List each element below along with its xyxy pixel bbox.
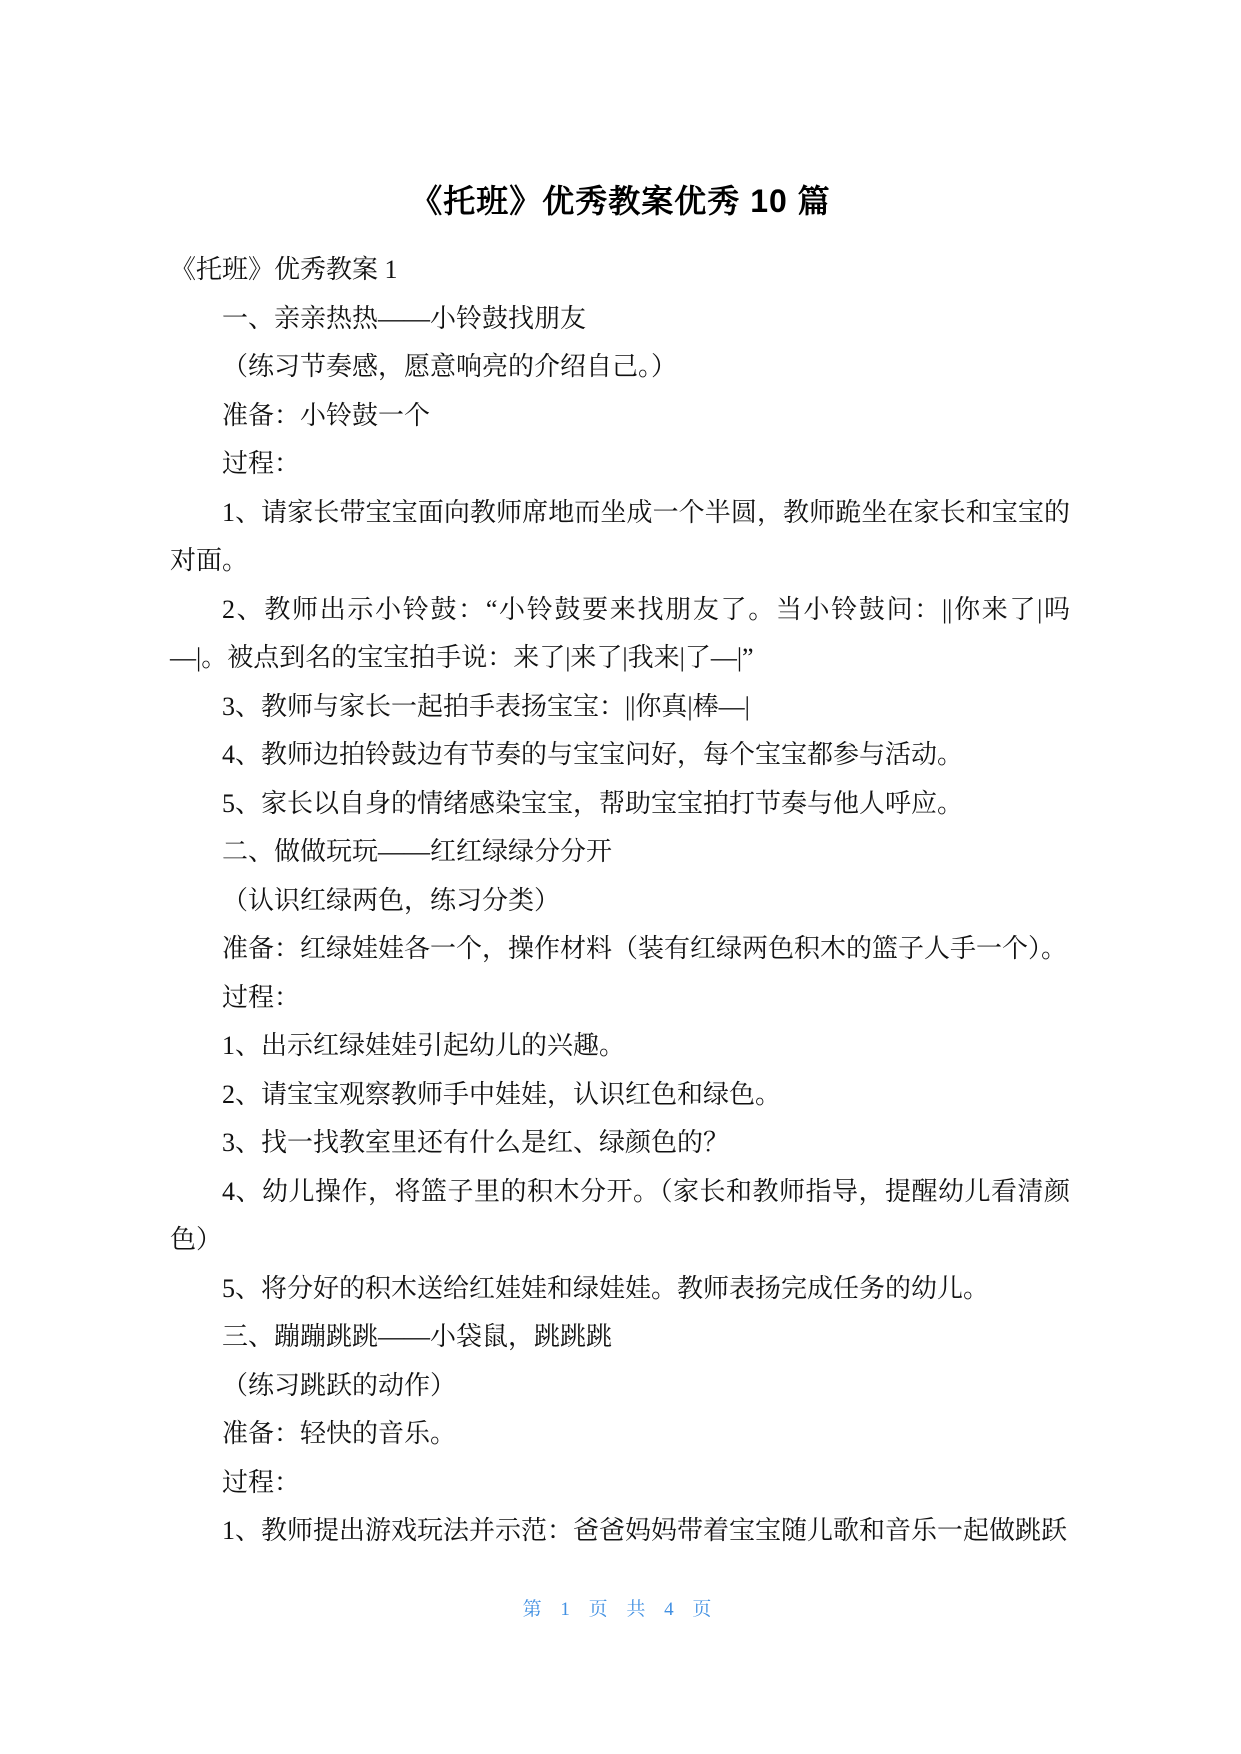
paragraph-step: 4、教师边拍铃鼓边有节奏的与宝宝问好，每个宝宝都参与活动。 [170,731,1070,780]
paragraph-step: 2、请宝宝观察教师手中娃娃，认识红色和绿色。 [170,1071,1070,1120]
paragraph-step: 5、家长以自身的情绪感染宝宝，帮助宝宝拍打节奏与他人呼应。 [170,780,1070,829]
paragraph-heading-lesson-1: 《托班》优秀教案 1 [170,246,1070,295]
page-number-text: 第 1 页 共 4 页 [523,1599,719,1620]
paragraph-prep-1: 准备：小铃鼓一个 [170,392,1070,441]
paragraph-step: 4、幼儿操作，将篮子里的积木分开。（家长和教师指导，提醒幼儿看清颜色） [170,1168,1070,1265]
paragraph-section-3: 三、蹦蹦跳跳——小袋鼠，跳跳跳 [170,1313,1070,1362]
paragraph-process-label-1: 过程： [170,440,1070,489]
paragraph-step: 1、出示红绿娃娃引起幼儿的兴趣。 [170,1022,1070,1071]
document-page: 《托班》优秀教案优秀 10 篇 《托班》优秀教案 1 一、亲亲热热——小铃鼓找朋… [0,0,1241,1754]
document-body: 《托班》优秀教案 1 一、亲亲热热——小铃鼓找朋友 （练习节奏感，愿意响亮的介绍… [170,246,1070,1556]
page-footer: 第 1 页 共 4 页 [0,1594,1241,1621]
paragraph-process-label-3: 过程： [170,1459,1070,1508]
paragraph-step: 1、请家长带宝宝面向教师席地而坐成一个半圆，教师跪坐在家长和宝宝的对面。 [170,489,1070,586]
paragraph-prep-3: 准备：轻快的音乐。 [170,1410,1070,1459]
paragraph-step: 2、教师出示小铃鼓：“小铃鼓要来找朋友了。当小铃鼓问：||你来了|吗—|。被点到… [170,586,1070,683]
paragraph-step: 1、教师提出游戏玩法并示范：爸爸妈妈带着宝宝随儿歌和音乐一起做跳跃 [170,1507,1070,1556]
paragraph-goal-1: （练习节奏感，愿意响亮的介绍自己。） [170,343,1070,392]
document-title: 《托班》优秀教案优秀 10 篇 [0,0,1241,222]
paragraph-section-2: 二、做做玩玩——红红绿绿分分开 [170,828,1070,877]
paragraph-process-label-2: 过程： [170,974,1070,1023]
paragraph-goal-3: （练习跳跃的动作） [170,1362,1070,1411]
paragraph-step: 3、教师与家长一起拍手表扬宝宝：||你真|棒—| [170,683,1070,732]
paragraph-step: 3、找一找教室里还有什么是红、绿颜色的？ [170,1119,1070,1168]
paragraph-step: 5、将分好的积木送给红娃娃和绿娃娃。教师表扬完成任务的幼儿。 [170,1265,1070,1314]
paragraph-goal-2: （认识红绿两色，练习分类） [170,877,1070,926]
paragraph-section-1: 一、亲亲热热——小铃鼓找朋友 [170,295,1070,344]
paragraph-prep-2: 准备：红绿娃娃各一个，操作材料（装有红绿两色积木的篮子人手一个）。 [170,925,1070,974]
